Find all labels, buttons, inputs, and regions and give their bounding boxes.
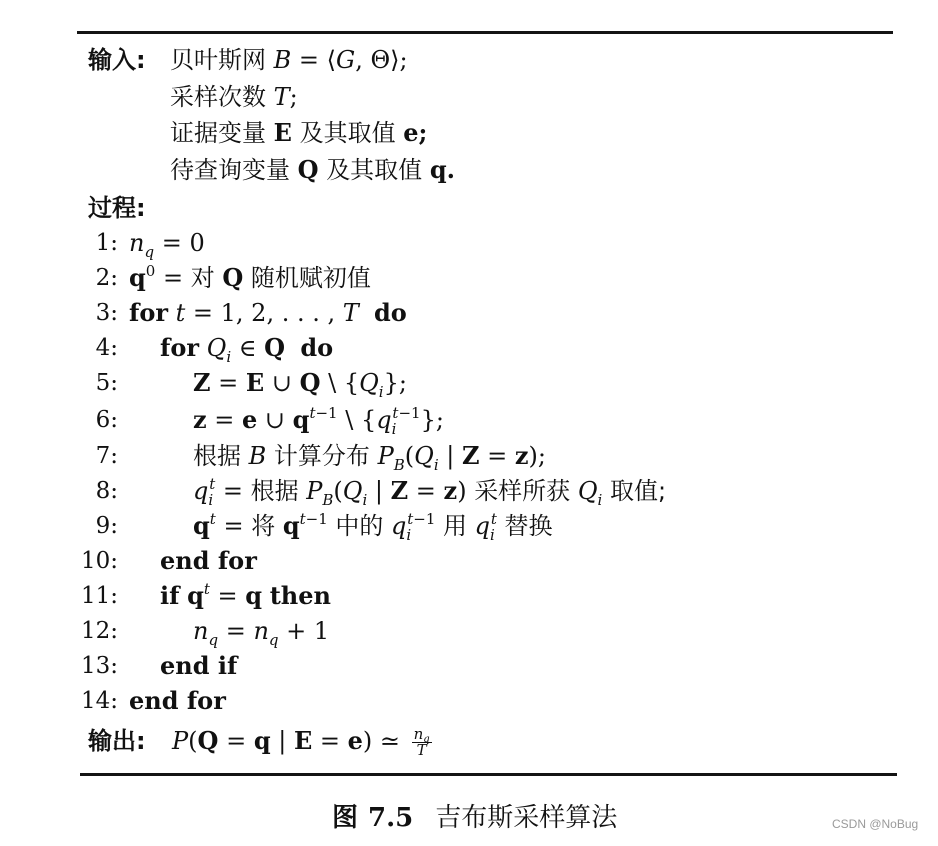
step-number: 3: bbox=[78, 298, 118, 328]
step-number: 14: bbox=[78, 686, 118, 716]
query-var: Q bbox=[298, 155, 319, 184]
input-item-text: 待查询变量 bbox=[170, 156, 290, 184]
step-content: for Qi ∈ Q do bbox=[160, 333, 333, 363]
step-content: Z = E ∪ Q \ {Qi}; bbox=[193, 368, 407, 398]
step-number: 6: bbox=[78, 405, 118, 435]
step-number: 1: bbox=[78, 228, 118, 258]
step-text: 取值; bbox=[610, 477, 666, 505]
input-item-text: 及其取值 bbox=[326, 156, 422, 184]
keyword-for: for bbox=[160, 333, 199, 362]
step-content: if qt = q then bbox=[160, 581, 331, 611]
keyword-do: do bbox=[374, 298, 407, 327]
frac-denominator: T bbox=[412, 743, 432, 758]
step-number: 12: bbox=[78, 616, 118, 646]
step-number: 13: bbox=[78, 651, 118, 681]
input-item-text: 证据变量 bbox=[170, 119, 266, 147]
step-content: end for bbox=[129, 686, 226, 716]
step-content: nq = 0 bbox=[129, 228, 205, 258]
input-evidence: 证据变量 E 及其取值 e; bbox=[170, 118, 427, 148]
step-text: 计算分布 bbox=[274, 442, 370, 470]
step-number: 2: bbox=[78, 263, 118, 293]
evidence-var: E bbox=[274, 118, 292, 147]
input-item-text: 及其取值 bbox=[300, 119, 396, 147]
step-number: 4: bbox=[78, 333, 118, 363]
keyword-end-for: end for bbox=[160, 546, 257, 575]
figure-caption: 图7.5吉布斯采样算法 bbox=[332, 801, 617, 835]
step-content: end if bbox=[160, 651, 237, 681]
step-number: 10: bbox=[78, 546, 118, 576]
input-bayes-net: 贝叶斯网 B = ⟨G, Θ⟩; bbox=[170, 45, 408, 75]
caption-title: 吉布斯采样算法 bbox=[435, 803, 617, 833]
step-number: 8: bbox=[78, 476, 118, 506]
top-rule bbox=[77, 31, 893, 34]
step-text: 替换 bbox=[505, 512, 553, 540]
caption-label: 图 bbox=[332, 803, 358, 833]
step-text: 将 bbox=[251, 512, 275, 540]
input-label: 输入: bbox=[88, 45, 146, 75]
keyword-if: if bbox=[160, 581, 179, 610]
keyword-end-if: end if bbox=[160, 651, 237, 680]
step-text: 根据 bbox=[193, 442, 241, 470]
step-text: 根据 bbox=[251, 477, 299, 505]
step-content: qt = 将 qt−1 中的 qit−1 用 qit 替换 bbox=[193, 511, 553, 541]
bottom-rule bbox=[80, 773, 897, 776]
output-label: 输出: bbox=[88, 726, 146, 756]
step-content: nq = nq + 1 bbox=[193, 616, 329, 646]
step-content: q0 = 对 Q 随机赋初值 bbox=[129, 263, 371, 293]
step-number: 9: bbox=[78, 511, 118, 541]
keyword-then: then bbox=[270, 581, 331, 610]
evidence-val: e; bbox=[403, 118, 427, 147]
step-number: 11: bbox=[78, 581, 118, 611]
keyword-do: do bbox=[300, 333, 333, 362]
input-item-text: 贝叶斯网 bbox=[170, 46, 266, 74]
step-text: 用 bbox=[443, 512, 467, 540]
step-text: 对 bbox=[191, 264, 215, 292]
input-item-text: 采样次数 bbox=[170, 83, 266, 111]
output-formula: P(Q = q | E = e) ≃ nqT bbox=[172, 726, 432, 758]
step-content: 根据 B 计算分布 PB(Qi | Z = z); bbox=[193, 441, 546, 471]
keyword-end-for: end for bbox=[129, 686, 226, 715]
step-content: end for bbox=[160, 546, 257, 576]
step-text: 随机赋初值 bbox=[251, 264, 371, 292]
query-val: q. bbox=[430, 155, 455, 184]
step-text: 采样所获 bbox=[474, 477, 570, 505]
step-number: 5: bbox=[78, 368, 118, 398]
step-content: qit = 根据 PB(Qi | Z = z) 采样所获 Qi 取值; bbox=[193, 476, 666, 506]
step-content: z = e ∪ qt−1 \ {qit−1}; bbox=[193, 405, 444, 435]
caption-number: 7.5 bbox=[368, 803, 413, 833]
fraction: nqT bbox=[412, 727, 432, 758]
step-text: 中的 bbox=[335, 512, 383, 540]
watermark: CSDN @NoBug bbox=[832, 817, 918, 831]
process-label: 过程: bbox=[88, 193, 146, 223]
keyword-for: for bbox=[129, 298, 168, 327]
input-sample-count: 采样次数 T; bbox=[170, 82, 298, 112]
step-number: 7: bbox=[78, 441, 118, 471]
step-content: for t = 1, 2, . . . , T do bbox=[129, 298, 407, 328]
input-query: 待查询变量 Q 及其取值 q. bbox=[170, 155, 455, 185]
